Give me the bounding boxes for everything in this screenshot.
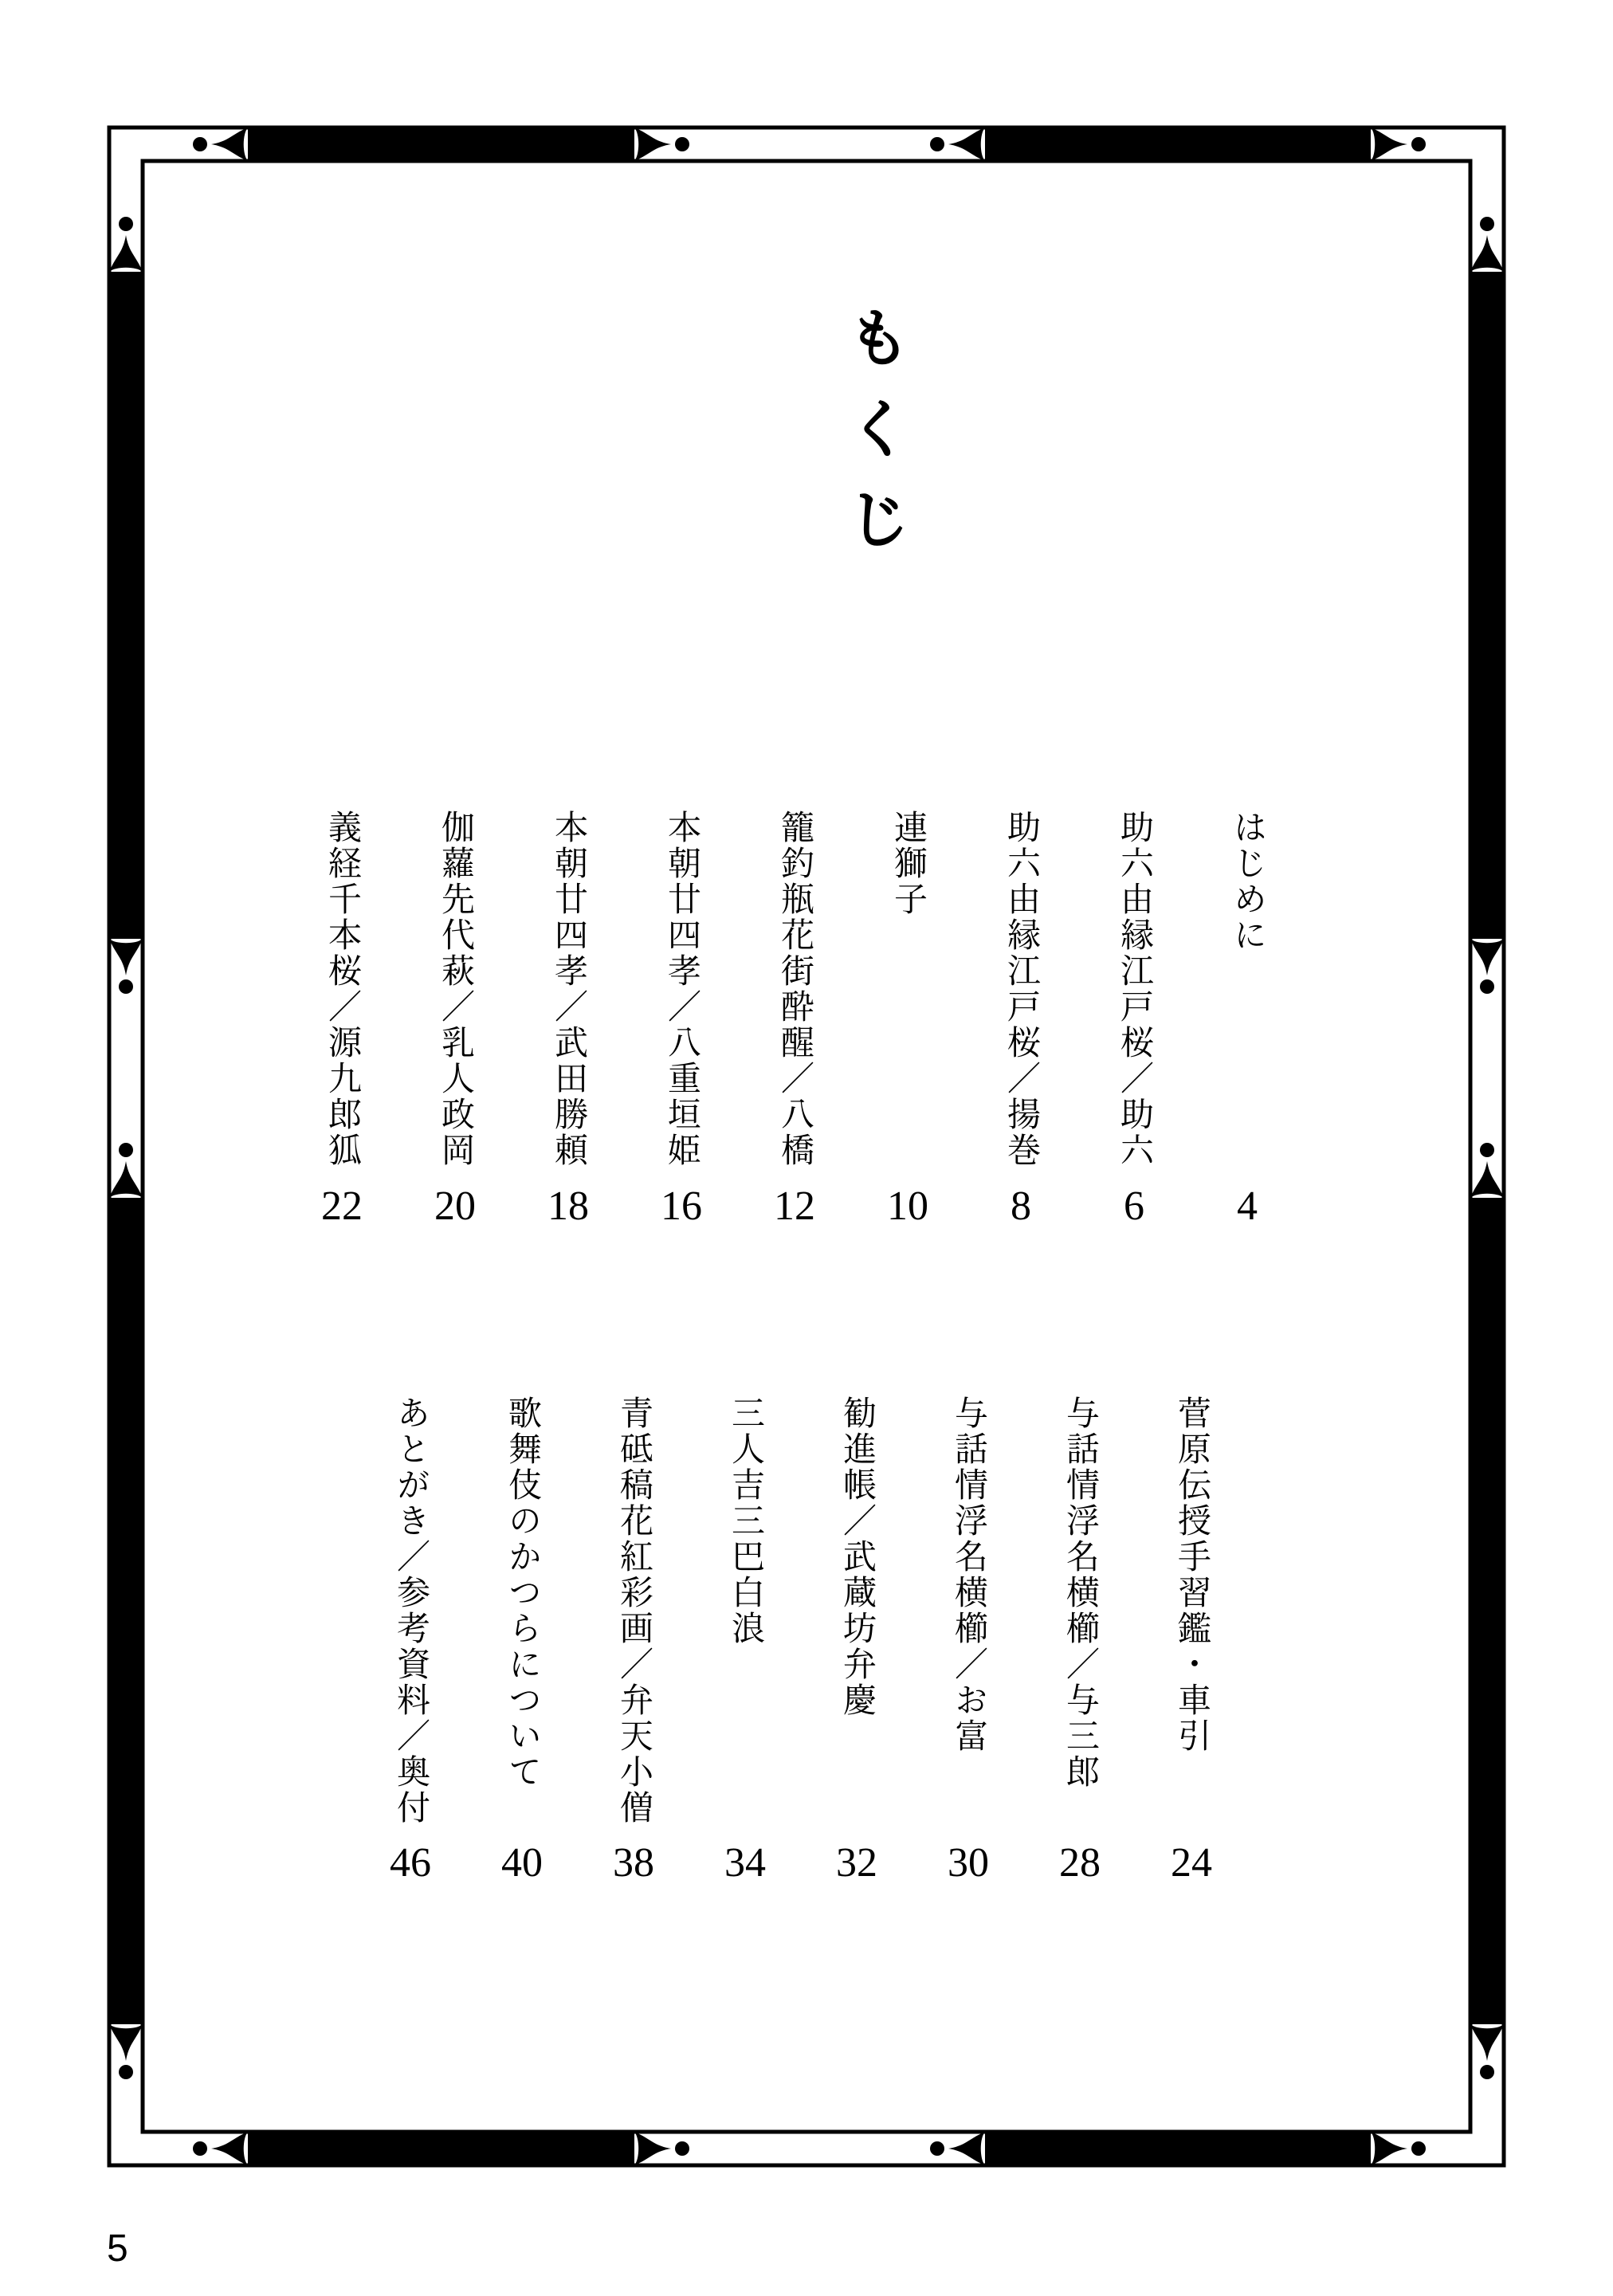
toc-entry: 本朝廿四孝／八重垣姫 16 bbox=[634, 810, 729, 1228]
toc-entry-page: 16 bbox=[634, 1186, 729, 1227]
toc-entry: 与話情浮名横櫛／与三郎 28 bbox=[1032, 1395, 1128, 1886]
toc-entry-title: 助六由縁江戸桜／助六 bbox=[1117, 810, 1151, 1168]
toc-entry: 連獅子 10 bbox=[860, 810, 956, 1228]
toc-entry-title: 三人吉三巴白浪 bbox=[728, 1395, 762, 1646]
toc-entry-title: 籠釣瓶花街酔醒／八橋 bbox=[778, 810, 811, 1168]
toc-entry-page: 10 bbox=[860, 1186, 956, 1227]
toc-entry: 歌舞伎のかつらについて 40 bbox=[474, 1395, 570, 1886]
toc-entry-title: 与話情浮名横櫛／お富 bbox=[952, 1395, 985, 1754]
toc-entry-title: 伽蘿先代萩／乳人政岡 bbox=[438, 810, 472, 1168]
toc-entry-page: 20 bbox=[407, 1186, 503, 1227]
toc-entry: あとがき／参考資料／奥付 46 bbox=[363, 1395, 458, 1886]
toc-entry-page: 12 bbox=[747, 1186, 842, 1227]
toc-entry: 籠釣瓶花街酔醒／八橋 12 bbox=[747, 810, 842, 1228]
toc-entry-page: 6 bbox=[1086, 1186, 1182, 1227]
toc-entry: 伽蘿先代萩／乳人政岡 20 bbox=[407, 810, 503, 1228]
toc-entry-page: 38 bbox=[586, 1843, 681, 1884]
toc-entry-page: 40 bbox=[474, 1843, 570, 1884]
toc-entry-title: 与話情浮名横櫛／与三郎 bbox=[1063, 1395, 1097, 1790]
toc-entry: はじめに 4 bbox=[1199, 810, 1295, 1228]
toc-entry-page: 22 bbox=[294, 1186, 390, 1227]
toc-entry-page: 34 bbox=[697, 1843, 793, 1884]
toc-entry-page: 28 bbox=[1032, 1843, 1128, 1884]
toc-entry-page: 18 bbox=[520, 1186, 616, 1227]
toc-entry-page: 32 bbox=[809, 1843, 905, 1884]
toc-entry-page: 24 bbox=[1144, 1843, 1239, 1884]
toc-entry-title: 義経千本桜／源九郎狐 bbox=[325, 810, 359, 1168]
toc-entry-title: はじめに bbox=[1230, 810, 1264, 953]
toc-entry-title: 助六由縁江戸桜／揚巻 bbox=[1004, 810, 1038, 1168]
folio-page-number: 5 bbox=[107, 2230, 128, 2268]
toc-entry-title: 本朝廿四孝／武田勝頼 bbox=[551, 810, 585, 1168]
toc-entry: 助六由縁江戸桜／揚巻 8 bbox=[973, 810, 1069, 1228]
toc-entry: 与話情浮名横櫛／お富 30 bbox=[920, 1395, 1016, 1886]
toc-entry-title: 連獅子 bbox=[891, 810, 924, 917]
toc-entry: 三人吉三巴白浪 34 bbox=[697, 1395, 793, 1886]
toc-entry-title: 本朝廿四孝／八重垣姫 bbox=[665, 810, 698, 1168]
toc-entry: 義経千本桜／源九郎狐 22 bbox=[294, 810, 390, 1228]
toc-entry-page: 4 bbox=[1199, 1186, 1295, 1227]
toc-entry-title: 勧進帳／武蔵坊弁慶 bbox=[840, 1395, 873, 1718]
toc-entry-title: あとがき／参考資料／奥付 bbox=[394, 1395, 427, 1826]
toc-entry-page: 46 bbox=[363, 1843, 458, 1884]
toc-entry: 青砥稿花紅彩画／弁天小僧 38 bbox=[586, 1395, 681, 1886]
toc-entry: 助六由縁江戸桜／助六 6 bbox=[1086, 810, 1182, 1228]
toc-entry: 勧進帳／武蔵坊弁慶 32 bbox=[809, 1395, 905, 1886]
page-title: もくじ bbox=[841, 304, 905, 577]
toc-entry-title: 菅原伝授手習鑑・車引 bbox=[1175, 1395, 1208, 1754]
toc-entry-page: 30 bbox=[920, 1843, 1016, 1884]
toc-entry-title: 歌舞伎のかつらについて bbox=[505, 1395, 539, 1790]
toc-entry: 菅原伝授手習鑑・車引 24 bbox=[1144, 1395, 1239, 1886]
toc-entry-page: 8 bbox=[973, 1186, 1069, 1227]
toc-entry-title: 青砥稿花紅彩画／弁天小僧 bbox=[617, 1395, 650, 1826]
toc-entry: 本朝廿四孝／武田勝頼 18 bbox=[520, 810, 616, 1228]
toc-page: { "page": { "heading": "もくじ", "page_numb… bbox=[0, 0, 1613, 2296]
